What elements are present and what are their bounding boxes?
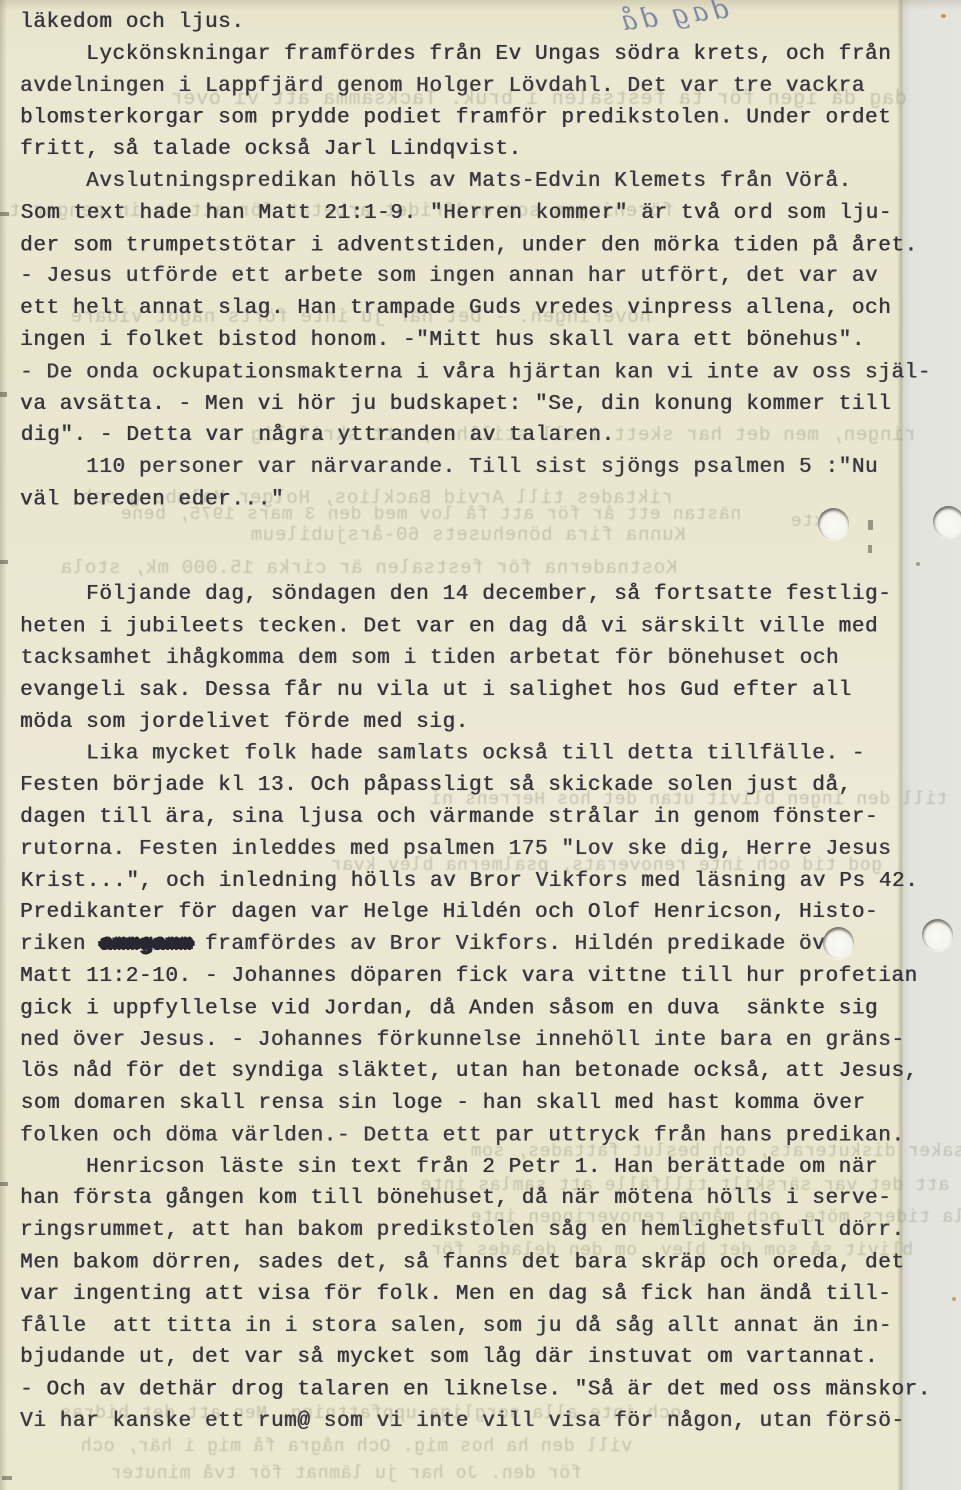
scan-edge-mark	[0, 560, 8, 564]
typewritten-text: läkedom och ljus. Lyckönskningar framför…	[20, 7, 950, 1438]
text-line: Henricson läste sin text från 2 Petr 1. …	[20, 1152, 950, 1184]
text-line: Predikanter för dagen var Helge Hildén o…	[20, 897, 950, 929]
text-line: evangeli sak. Dessa får nu vila ut i sal…	[20, 675, 950, 707]
scan-edge-mark	[0, 392, 7, 397]
text-line: Avslutningspredikan hölls av Mats-Edvin …	[20, 166, 950, 198]
text-line: han första gången kom till bönehuset, då…	[20, 1183, 950, 1215]
punch-hole	[933, 506, 961, 538]
text-line: folken och döma världen.- Detta ett par …	[20, 1120, 950, 1152]
text-line: ned över Jesus. - Johannes förkunnelse i…	[20, 1025, 950, 1057]
text-line: Som text hade han Matt 21:1-9. "Herren k…	[21, 198, 951, 230]
overtyped-word: ammgamm	[99, 933, 191, 956]
text-line: - De onda ockupationsmakterna i våra hjä…	[20, 357, 950, 389]
scan-edge-mark	[0, 1182, 8, 1186]
text-line: Matt 11:2-10. - Johannes döparen fick va…	[20, 961, 950, 993]
text-line: der som trumpetstötar i adventstiden, un…	[20, 230, 950, 262]
text-line: - Och av dethär drog talaren en liknelse…	[20, 1375, 950, 1407]
paper-speck	[916, 562, 920, 566]
paper-speck	[952, 1297, 956, 1301]
punch-hole	[818, 508, 849, 540]
text-line: gick i uppfyllelse vid Jordan, då Anden …	[20, 993, 950, 1025]
scan-edge-mark	[0, 212, 9, 216]
text-line	[20, 548, 950, 580]
text-line: Följande dag, söndagen den 14 december, …	[20, 579, 950, 611]
text-line: Lyckönskningar framfördes från Ev Ungas …	[20, 39, 950, 71]
text-line: rutorna. Festen inleddes med psalmen 175…	[20, 834, 950, 866]
text-line: ett helt annat slag. Han trampade Guds v…	[20, 293, 950, 325]
text-line: Lika mycket folk hade samlats också till…	[20, 739, 950, 771]
text-line: som domaren skall rensa sin loge - han s…	[21, 1088, 951, 1120]
text-line: ingen i folket bistod honom. -"Mitt hus …	[20, 325, 950, 357]
punch-hole	[922, 919, 953, 951]
text-line	[20, 516, 950, 548]
text-line: tacksamhet ihågkomma dem som i tiden arb…	[21, 643, 951, 675]
text-line: fritt, så talade också Jarl Lindqvist.	[20, 134, 950, 166]
document-page: dag då igen för ta festsalen i bruk. Tac…	[0, 0, 961, 1490]
text-line: blomsterkorgar som prydde podiet framför…	[20, 103, 950, 135]
text-line: va avsätta. - Men vi hör ju budskapet: "…	[20, 389, 950, 421]
punch-hole	[823, 927, 854, 959]
text-line: väl bereden eder..."	[20, 484, 950, 516]
scan-edge-mark	[868, 545, 872, 553]
text-line: ringsrummet, att han bakom predikstolen …	[20, 1215, 950, 1247]
text-line: Vi har kanske ett rum@ som vi inte vill …	[20, 1406, 950, 1438]
text-line: dig". - Detta var några yttranden av tal…	[21, 420, 951, 452]
text-line: var ingenting att visa för folk. Men en …	[20, 1279, 950, 1311]
text-line: 110 personer var närvarande. Till sist s…	[20, 452, 950, 484]
text-line: Krist...", och inledning hölls av Bror V…	[21, 866, 951, 898]
text-line: Men bakom dörren, sades det, så fanns de…	[20, 1248, 950, 1280]
bleedthrough-text: för den. Jo har ju lämnat för två minute…	[110, 1464, 582, 1484]
text-line: läkedom och ljus.	[20, 7, 950, 39]
text-line: avdelningen i Lappfjärd genom Holger Löv…	[20, 71, 950, 103]
text-line: lös nåd för det syndiga släktet, utan ha…	[20, 1056, 950, 1088]
paper-speck	[941, 14, 946, 18]
scan-edge-mark	[2, 1476, 12, 1480]
bleedthrough-text: vill den ha hos mig. Och några få mig i …	[80, 1437, 632, 1457]
text-line: möda som jordelivet förde med sig.	[20, 707, 950, 739]
text-line: heten i jubileets tecken. Det var en dag…	[20, 612, 950, 644]
text-line: fålle att titta in i stora salen, som ju…	[21, 1311, 951, 1343]
text-line: - Jesus utförde ett arbete som ingen ann…	[20, 261, 950, 293]
text-line: dagen till ära, sina ljusa och värmande …	[20, 802, 950, 834]
text-line: Festen började kl 13. Och påpassligt så …	[20, 770, 950, 802]
text-line: bjudande ut, det var så mycket som låg d…	[20, 1342, 950, 1374]
text-line: riken ammgamm framfördes av Bror Vikfors…	[20, 929, 950, 961]
scan-edge-mark	[868, 520, 873, 530]
